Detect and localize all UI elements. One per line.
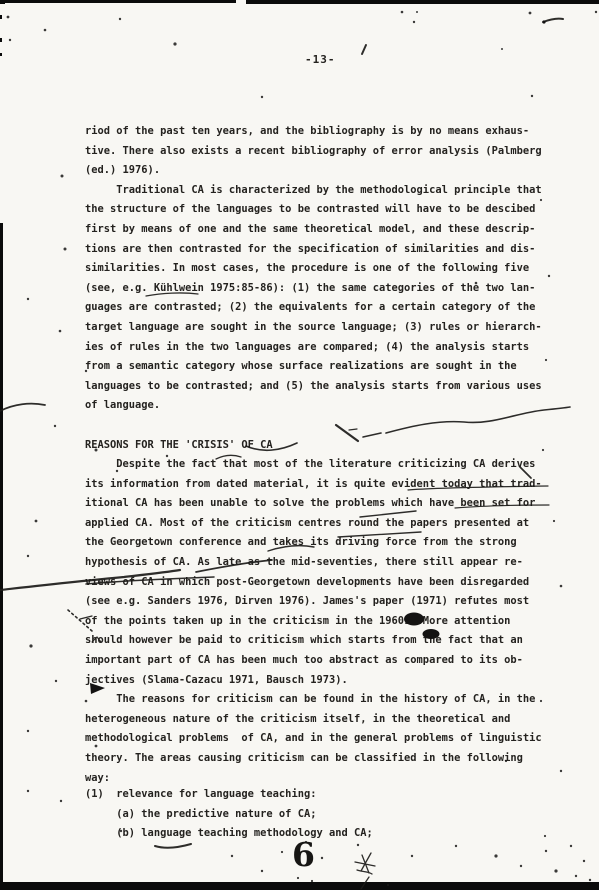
text-line: (see, e.g. Kühlwein 1975:85-86): (1) the… (85, 279, 542, 299)
text-line: languages to be contrasted; and (5) the … (85, 377, 542, 397)
text-line: the structure of the languages to be con… (85, 200, 542, 220)
text-line: heterogeneous nature of the criticism it… (85, 710, 542, 730)
scanned-document-page: -13- riod of the past ten years, and the… (0, 0, 599, 890)
text-line: The reasons for criticism can be found i… (85, 690, 542, 710)
classification-list: (1) relevance for language teaching: (a)… (85, 785, 373, 844)
text-line: jectives (Slama-Cazacu 1971, Bausch 1973… (85, 671, 542, 691)
text-line: from a semantic category whose surface r… (85, 357, 542, 377)
text-line: of the points taken up in the criticism … (85, 612, 542, 632)
list-item: (a) the predictive nature of CA; (85, 805, 373, 825)
text-line: tions are then contrasted for the specif… (85, 240, 542, 260)
list-item: (1) relevance for language teaching: (85, 785, 373, 805)
printed-page-number: 6 (292, 837, 315, 873)
text-line: views of CA in which post-Georgetown dev… (85, 573, 542, 593)
page-header-number: -13- (305, 53, 336, 67)
text-line: Traditional CA is characterized by the m… (85, 181, 542, 201)
body-text: riod of the past ten years, and the bibl… (85, 122, 542, 788)
text-line: methodological problems of CA, and in th… (85, 729, 542, 749)
text-line: should however be paid to criticism whic… (85, 631, 542, 651)
text-line: target language are sought in the source… (85, 318, 542, 338)
text-line: riod of the past ten years, and the bibl… (85, 122, 542, 142)
text-line: the Georgetown conference and takes its … (85, 533, 542, 553)
text-line: ies of rules in the two languages are co… (85, 338, 542, 358)
text-line: Despite the fact that most of the litera… (85, 455, 542, 475)
blank-line (85, 416, 542, 436)
text-line: (ed.) 1976). (85, 161, 542, 181)
text-line: (see e.g. Sanders 1976, Dirven 1976). Ja… (85, 592, 542, 612)
text-line: guages are contrasted; (2) the equivalen… (85, 298, 542, 318)
text-line: applied CA. Most of the criticism centre… (85, 514, 542, 534)
text-line: hypothesis of CA. As late as the mid-sev… (85, 553, 542, 573)
text-line: tive. There also exists a recent bibliog… (85, 142, 542, 162)
section-heading: REASONS FOR THE 'CRISIS' OF CA (85, 436, 542, 456)
text-line: first by means of one and the same theor… (85, 220, 542, 240)
text-line: its information from dated material, it … (85, 475, 542, 495)
text-line: of language. (85, 396, 542, 416)
list-item: (b) language teaching methodology and CA… (85, 824, 373, 844)
text-line: similarities. In most cases, the procedu… (85, 259, 542, 279)
text-line: important part of CA has been much too a… (85, 651, 542, 671)
text-line: theory. The areas causing criticism can … (85, 749, 542, 769)
text-line: itional CA has been unable to solve the … (85, 494, 542, 514)
